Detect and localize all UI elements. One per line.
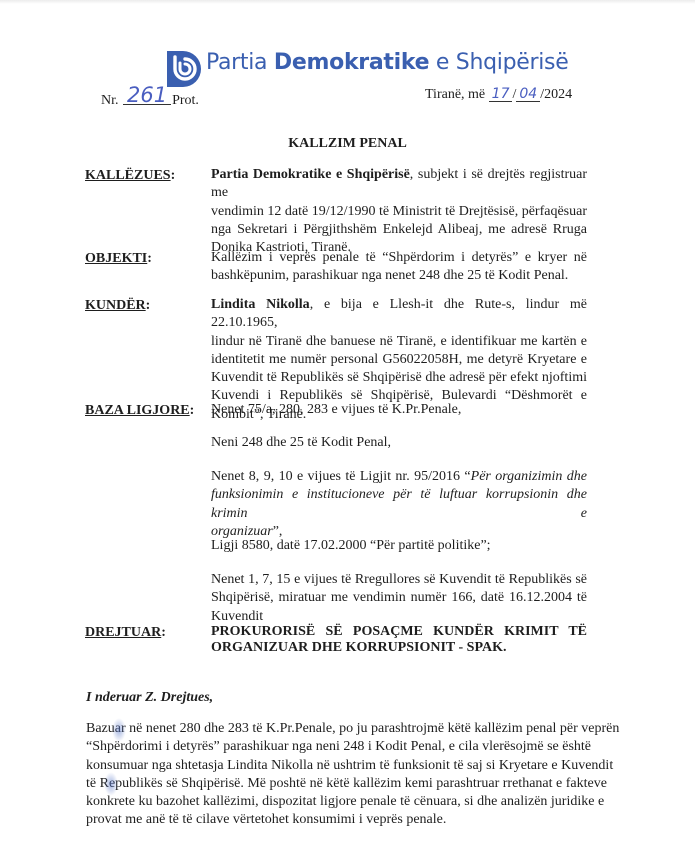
legal-basis-item: Nenet 75/a, 280, 283 e vijues të K.Pr.Pe… [211,401,587,419]
date-day: 17 [489,87,513,102]
section-label-objekti: OBJEKTI: [85,251,152,267]
scan-edge [0,0,695,4]
section-body-drejtuar: PROKURORISË SË POSAÇME KUNDËR KRIMIT TË … [211,624,587,656]
date-prefix: Tiranë, më [425,87,485,102]
ink-mark [104,772,118,796]
nr-value: 261 [123,86,171,105]
section-label-kunder: KUNDËR: [85,298,150,314]
section-label-baza-ligjore: BAZA LIGJORE: [85,403,194,419]
legal-basis-item: Nenet 1, 7, 15 e vijues të Rregullores s… [211,571,587,626]
section-label-drejtuar: DREJTUAR: [85,625,166,641]
date-year: /2024 [540,87,572,102]
legal-basis-item: Nenet 8, 9, 10 e vijues të Ligjit nr. 95… [211,468,587,541]
party-brand-name: Partia Demokratike e Shqipërisë [206,50,568,75]
section-label-kallezues: KALLËZUES: [85,168,175,184]
date-month: 04 [516,87,540,102]
document-title: KALLZIM PENAL [0,136,695,152]
nr-label: Nr. [101,93,119,108]
intro-paragraph: Bazuar në nenet 280 dhe 283 të K.Pr.Pena… [86,720,587,830]
party-logo-icon [163,47,207,91]
prot-label: Prot. [172,93,199,108]
ink-mark [112,718,126,742]
protocol-number: Nr. 261Prot. [101,88,199,109]
legal-basis-item: Ligji 8580, datë 17.02.2000 “Për partitë… [211,537,587,555]
brand-tail: e Shqipërisë [429,50,568,75]
greeting: I nderuar Z. Drejtues, [86,690,213,706]
section-body-objekti: Kallëzim i veprës penale të “Shpërdorim … [211,249,587,286]
brand-regular: Partia [206,50,274,75]
section-body-kallezues: Partia Demokratike e Shqipërisë, subjekt… [211,166,587,257]
brand-bold: Demokratike [274,50,429,75]
document-date: Tiranë, më 17/04/2024 [425,87,572,103]
legal-basis-item: Neni 248 dhe 25 të Kodit Penal, [211,434,587,452]
document-page: Partia Demokratike e Shqipërisë Nr. 261P… [0,0,695,851]
